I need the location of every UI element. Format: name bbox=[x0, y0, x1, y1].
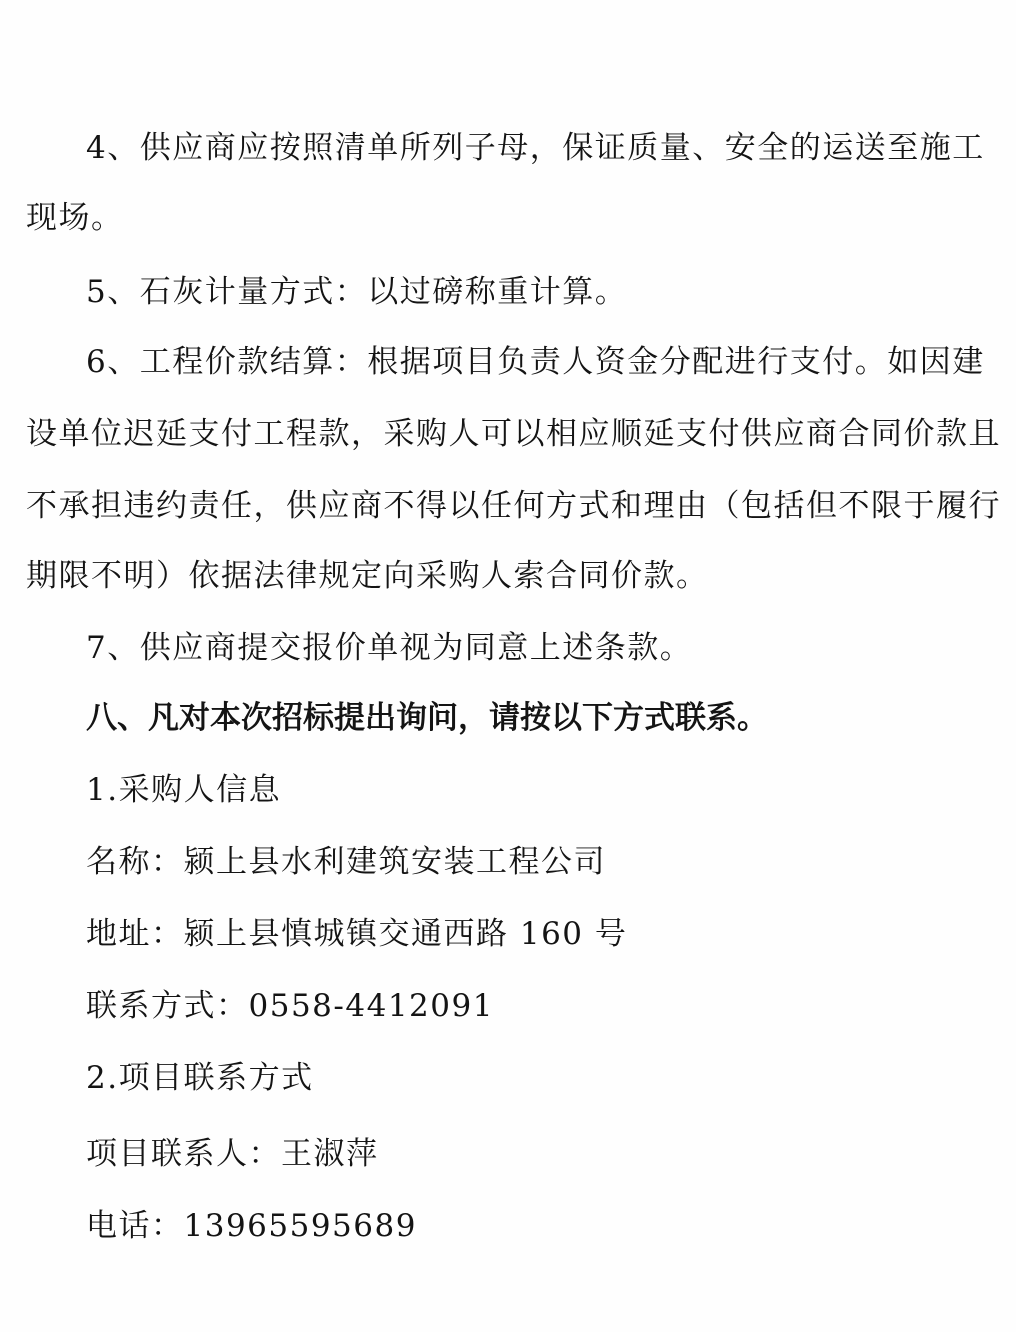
item-5-line-1: 5、石灰计量方式：以过磅称重计算。 bbox=[86, 272, 627, 312]
item-7-line-1: 7、供应商提交报价单视为同意上述条款。 bbox=[86, 628, 692, 668]
item-6-line-1: 6、工程价款结算：根据项目负责人资金分配进行支付。如因建 bbox=[86, 342, 985, 382]
purchaser-name: 名称：颍上县水利建筑安装工程公司 bbox=[86, 842, 606, 882]
document-page: 4、供应商应按照清单所列子母，保证质量、安全的运送至施工 现场。 5、石灰计量方… bbox=[0, 0, 1016, 1332]
item-4-line-2: 现场。 bbox=[26, 198, 124, 238]
section-8-heading: 八、凡对本次招标提出询问，请按以下方式联系。 bbox=[86, 698, 768, 738]
purchaser-contact: 联系方式：0558-4412091 bbox=[86, 986, 494, 1026]
project-contact-person: 项目联系人：王淑萍 bbox=[86, 1134, 379, 1174]
purchaser-address: 地址：颍上县慎城镇交通西路 160 号 bbox=[86, 914, 627, 954]
item-4-line-1: 4、供应商应按照清单所列子母，保证质量、安全的运送至施工 bbox=[86, 128, 985, 168]
project-phone: 电话：13965595689 bbox=[86, 1206, 417, 1246]
item-6-line-3: 不承担违约责任，供应商不得以任何方式和理由（包括但不限于履行 bbox=[26, 486, 1001, 526]
project-contact-title: 2.项目联系方式 bbox=[86, 1058, 314, 1098]
purchaser-info-title: 1.采购人信息 bbox=[86, 770, 281, 810]
item-6-line-4: 期限不明）依据法律规定向采购人索合同价款。 bbox=[26, 556, 709, 596]
item-6-line-2: 设单位迟延支付工程款，采购人可以相应顺延支付供应商合同价款且 bbox=[26, 414, 1001, 454]
